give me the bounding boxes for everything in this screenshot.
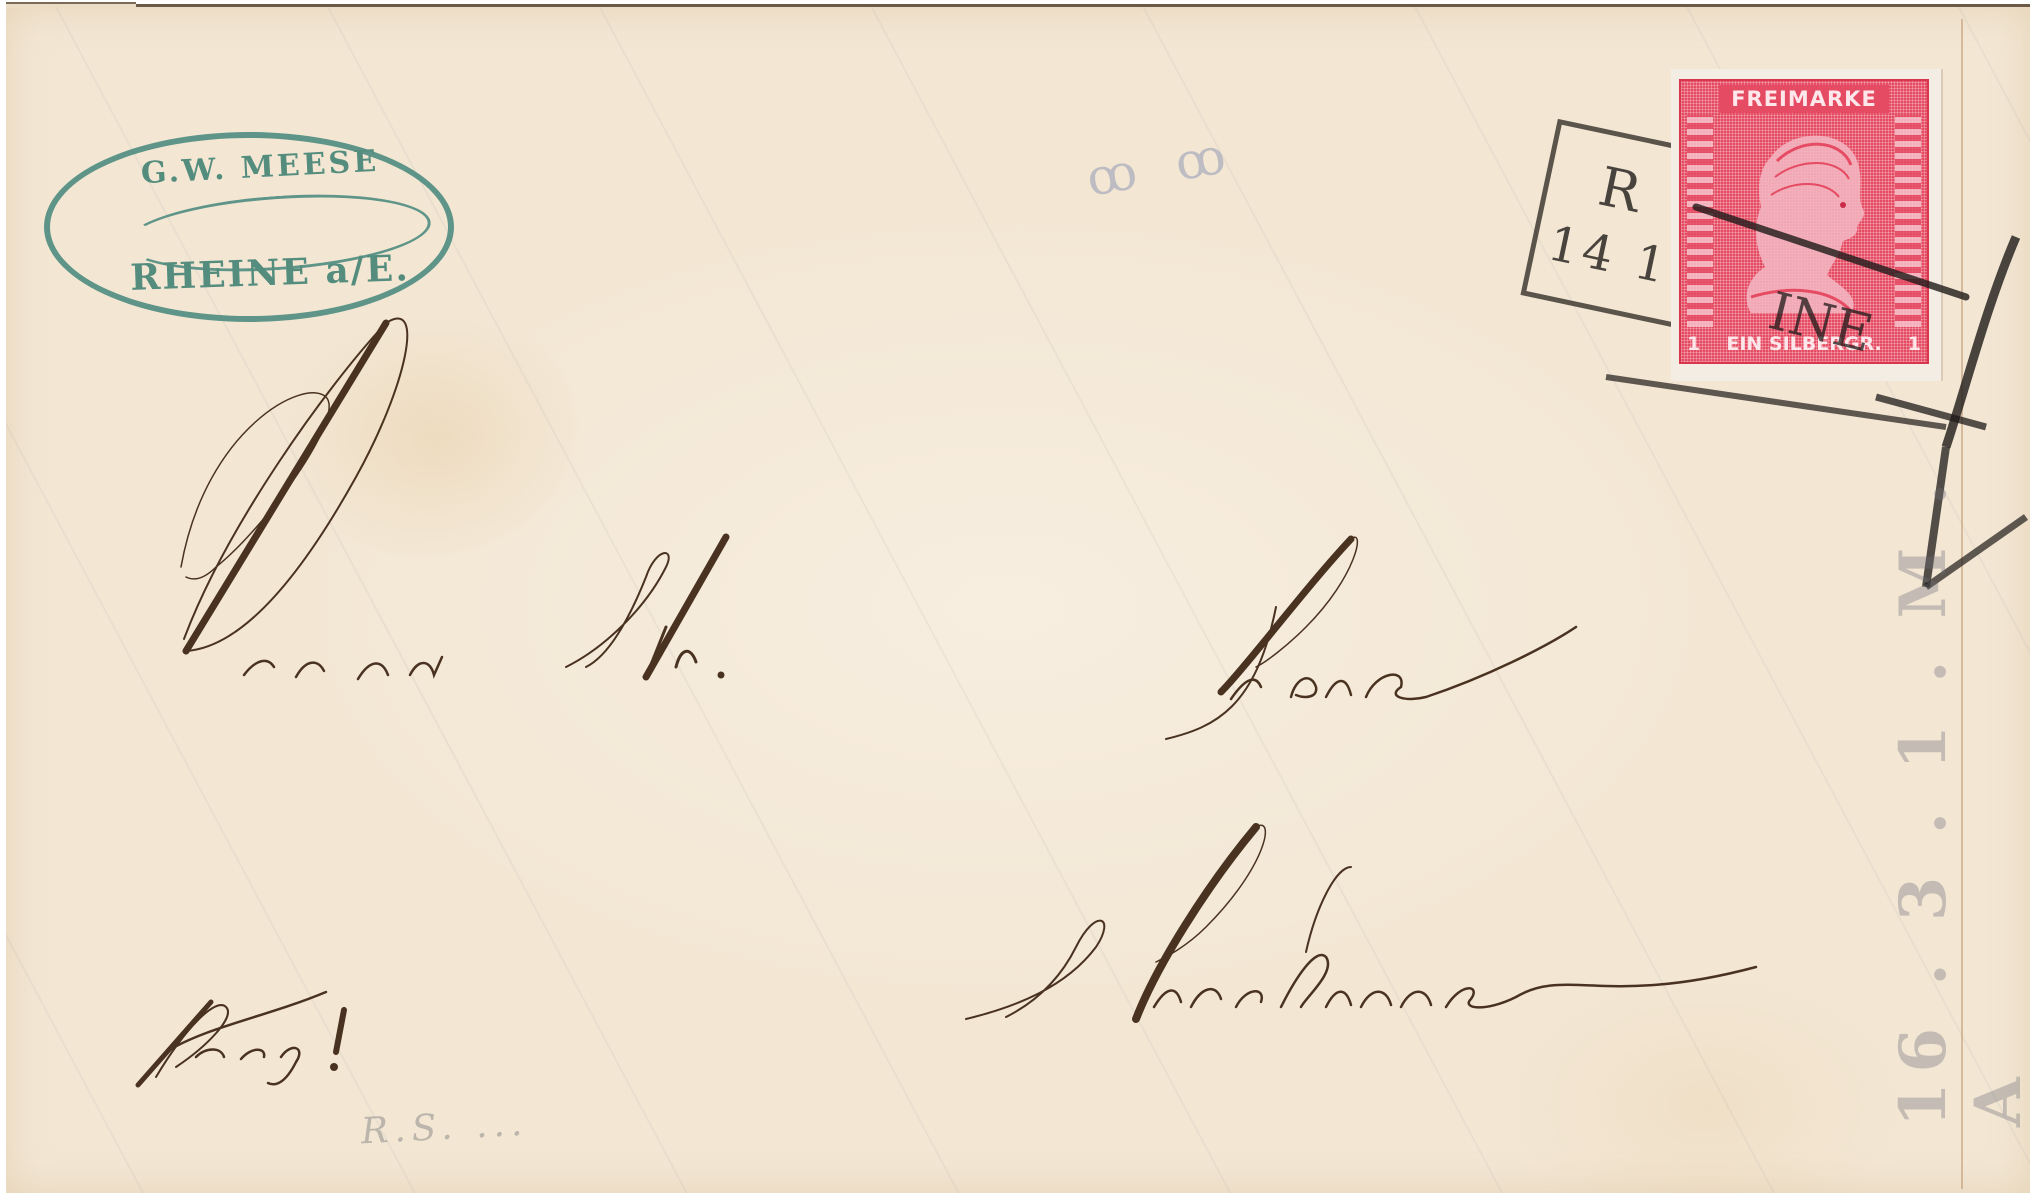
stamp-value-left: 1 [1687, 333, 1700, 355]
stamp-value-right: 1 [1908, 333, 1921, 355]
address-salutation: Herrn [186, 567, 462, 672]
show-through-backstamp: 16 . 3 . 1 . M . A [1886, 427, 1946, 1127]
cancellation-town: R [1593, 155, 1652, 226]
stamp-ornament-right [1895, 115, 1921, 327]
stamp-design: FREIMARKE 1 EIN SILBERGR. 1 [1679, 79, 1929, 364]
stamp-bottom-label: 1 EIN SILBERGR. 1 [1681, 329, 1927, 359]
cancellation-date: 14 1 [1543, 215, 1675, 295]
stamp-top-label: FREIMARKE [1719, 85, 1889, 113]
stamp-denomination: EIN SILBERGR. [1726, 333, 1881, 355]
address-town: Haselünne [1006, 907, 1548, 1024]
pencil-note: R.S. ... [360, 1103, 529, 1153]
fold-line [1961, 19, 1963, 1189]
postal-cover: G.W. MEESE RHEINE a/E. ꝏ ꝏ R 14 1 FREIMA… [6, 4, 2030, 1193]
faint-blue-marking: ꝏ ꝏ [1082, 124, 1242, 207]
sender-name: G.W. MEESE [119, 143, 400, 193]
stamp-ornament-left [1687, 115, 1713, 327]
portrait-icon [1731, 117, 1881, 325]
franco-annotation: frco! [136, 997, 281, 1067]
postage-stamp: FREIMARKE 1 EIN SILBERGR. 1 [1671, 69, 1943, 381]
sender-oval-handstamp: G.W. MEESE RHEINE a/E. [44, 132, 454, 322]
address-recipient: H. Höne [586, 567, 966, 672]
